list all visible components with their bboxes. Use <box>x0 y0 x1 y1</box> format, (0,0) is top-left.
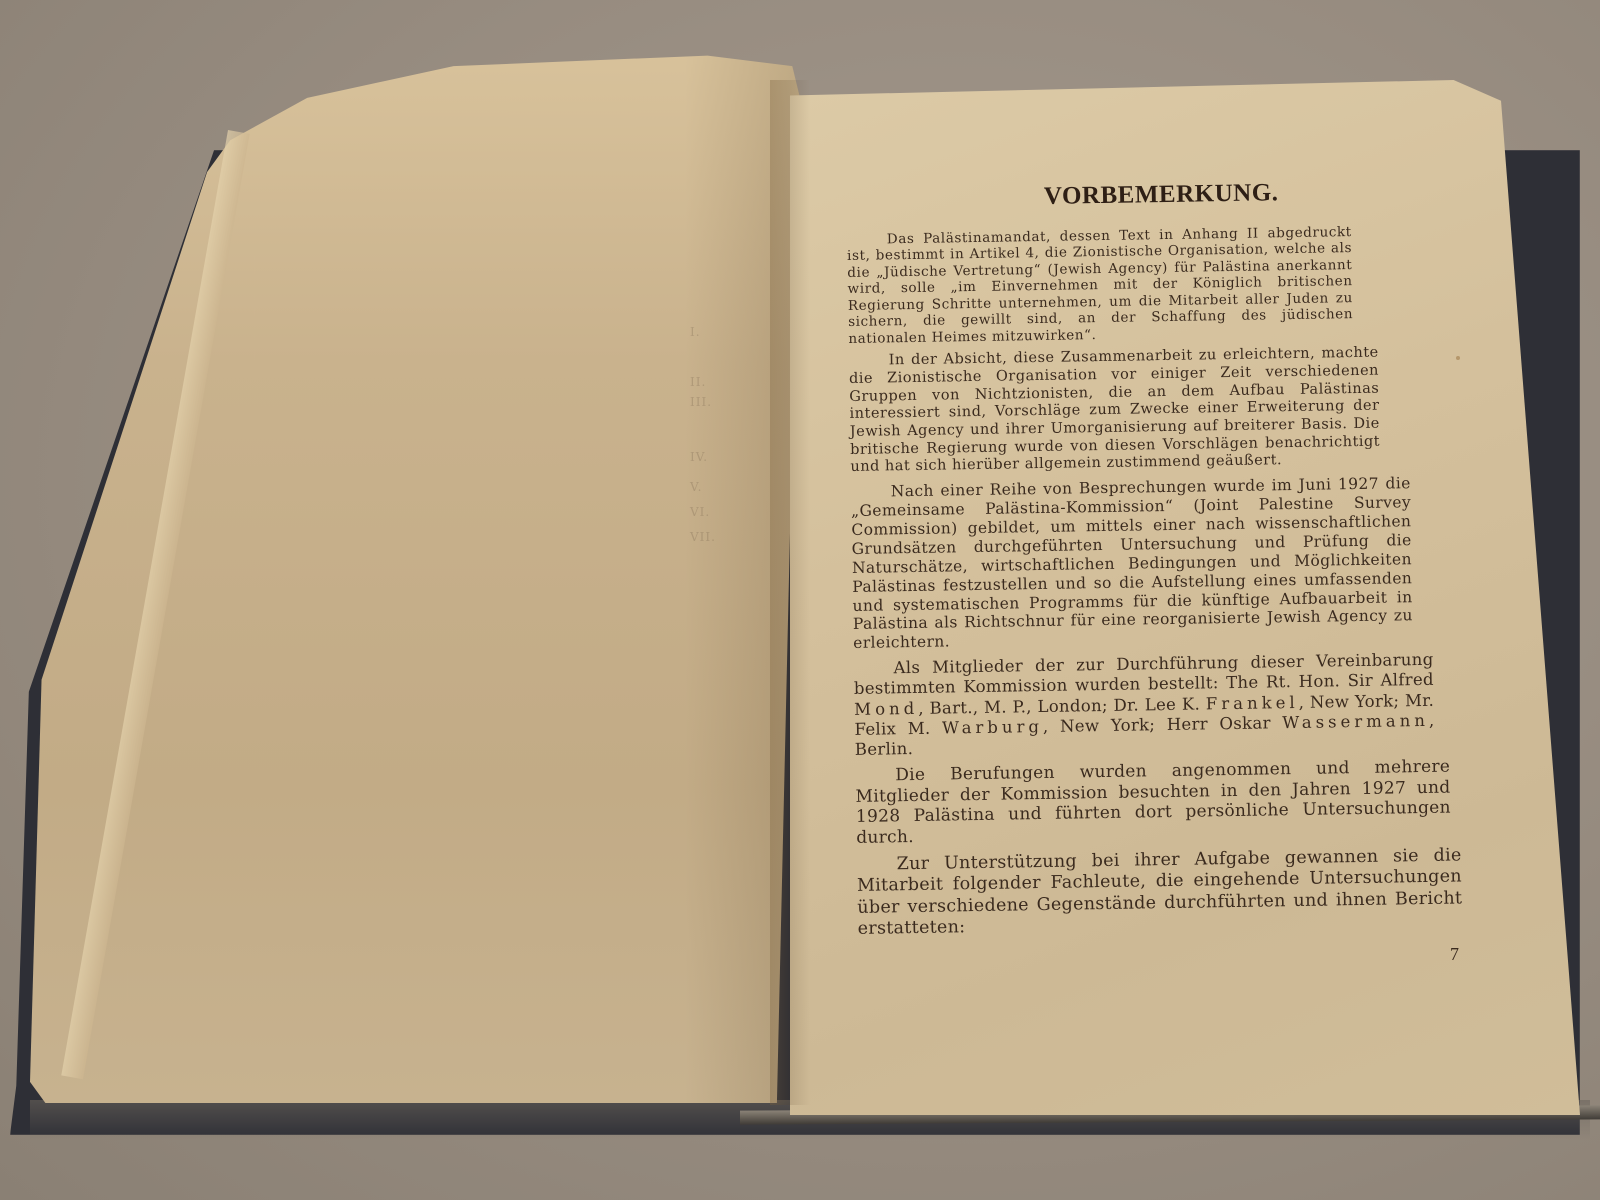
members-text: , New York; Herr Oskar <box>1043 713 1283 736</box>
members-paragraph: Als Mitglieder der zur Durchführung dies… <box>853 650 1435 760</box>
page-number: 7 <box>1450 944 1459 965</box>
paragraph: Das Palästinamandat, dessen Text in Anha… <box>847 224 1354 347</box>
paragraph: In der Absicht, diese Zusammenarbeit zu … <box>849 345 1381 477</box>
showthrough-numeral: VI. <box>690 505 710 519</box>
left-page <box>30 45 800 1103</box>
paragraph: Nach einer Reihe von Besprechungen wurde… <box>851 474 1414 653</box>
showthrough-numeral: VII. <box>690 530 716 544</box>
paragraph: Zur Unterstützung bei ihrer Aufgabe gewa… <box>857 845 1463 940</box>
showthrough-numeral: I. <box>690 325 701 339</box>
book-gutter <box>770 80 810 1105</box>
paragraph: Die Berufungen wurden angenommen und meh… <box>855 756 1451 848</box>
member-name: Mond <box>854 698 918 718</box>
showthrough-numeral: III. <box>690 395 712 409</box>
member-name: Wassermann <box>1282 711 1429 732</box>
member-name: Warburg <box>942 717 1043 738</box>
showthrough-numeral: V. <box>690 480 702 494</box>
showthrough-numeral: II. <box>690 375 706 389</box>
page-text: VORBEMERKUNG. Das Palästinamandat, desse… <box>846 176 1468 946</box>
photo-scene: I. II. III. IV. V. VI. VII. VORBEMERKUNG… <box>0 0 1600 1200</box>
member-name: Frankel <box>1206 692 1299 712</box>
showthrough-numeral: IV. <box>690 450 708 464</box>
